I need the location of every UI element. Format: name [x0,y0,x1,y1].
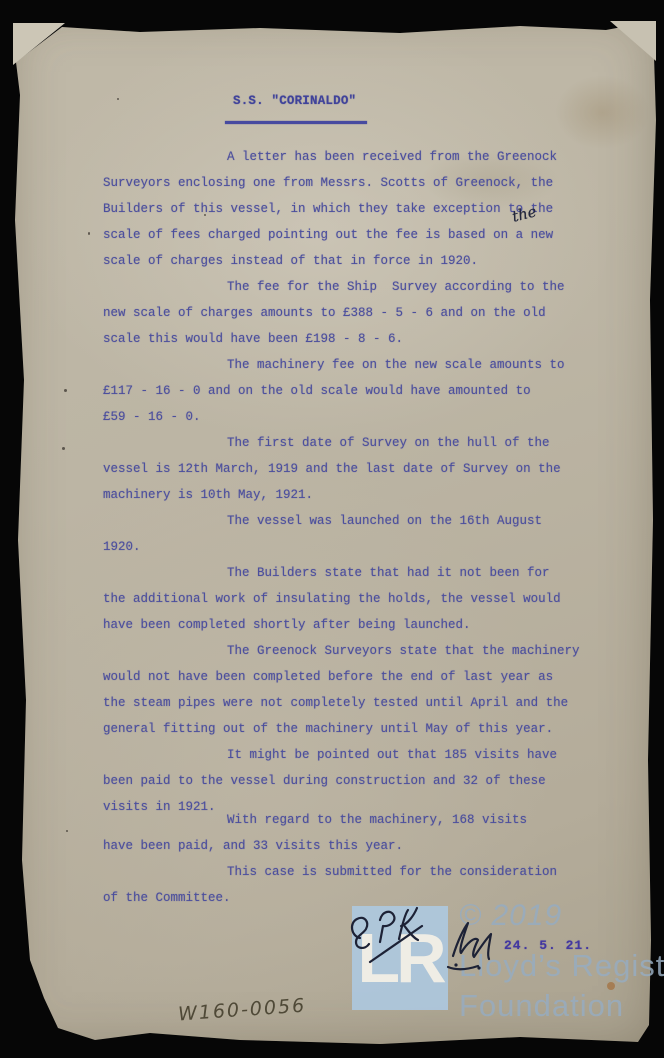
paper-stain [555,75,650,150]
typed-line: have been completed shortly after being … [103,612,583,638]
typed-line: The machinery fee on the new scale amoun… [103,352,583,378]
typed-line: A letter has been received from the Gree… [103,144,583,170]
typed-line: general fitting out of the machinery unt… [103,716,583,742]
typed-line: The vessel was launched on the 16th Augu… [103,508,583,534]
date-stamp: 24. 5. 21. [504,938,592,953]
archive-reference-handwriting: W160-0056 [177,995,306,1026]
typed-line: £117 - 16 - 0 and on the old scale would… [103,378,583,404]
typed-line: would not have been completed before the… [103,664,583,690]
typed-line: have been paid, and 33 visits this year. [103,833,583,859]
typed-line: the additional work of insulating the ho… [103,586,583,612]
typed-line: The Builders state that had it not been … [103,560,583,586]
paper-sheet: S.S. "CORINALDO" A letter has been recei… [0,0,664,1058]
typed-line: Surveyors enclosing one from Messrs. Sco… [103,170,583,196]
typed-line: It might be pointed out that 185 visits … [103,742,583,768]
typed-line: The fee for the Ship Survey according to… [103,274,583,300]
typed-line: new scale of charges amounts to £388 - 5… [103,300,583,326]
typed-line: of the Committee. [103,885,583,911]
typed-line: £59 - 16 - 0. [103,404,583,430]
typed-line: the steam pipes were not completely test… [103,690,583,716]
typed-line: The Greenock Surveyors state that the ma… [103,638,583,664]
typed-line: scale this would have been £198 - 8 - 6. [103,326,583,352]
paper-stain [607,982,615,990]
paper-speck [62,447,65,450]
typed-line: machinery is 10th May, 1921. [103,482,583,508]
paper-speck [66,830,68,832]
title-underline [225,121,367,124]
typed-line: scale of fees charged pointing out the f… [103,222,583,248]
document-title: S.S. "CORINALDO" [233,92,356,110]
signature-left [346,896,438,974]
paper-speck [88,232,90,235]
scanned-document-photo: S.S. "CORINALDO" A letter has been recei… [0,0,664,1058]
paper-speck [117,98,119,100]
typed-line: vessel is 12th March, 1919 and the last … [103,456,583,482]
typed-line: been paid to the vessel during construct… [103,768,583,794]
typed-line: This case is submitted for the considera… [103,859,583,885]
typed-line: The first date of Survey on the hull of … [103,430,583,456]
typed-body: A letter has been received from the Gree… [103,144,583,911]
paper-speck [64,389,67,392]
typed-line: 1920. [103,534,583,560]
typed-line: scale of charges instead of that in forc… [103,248,583,274]
